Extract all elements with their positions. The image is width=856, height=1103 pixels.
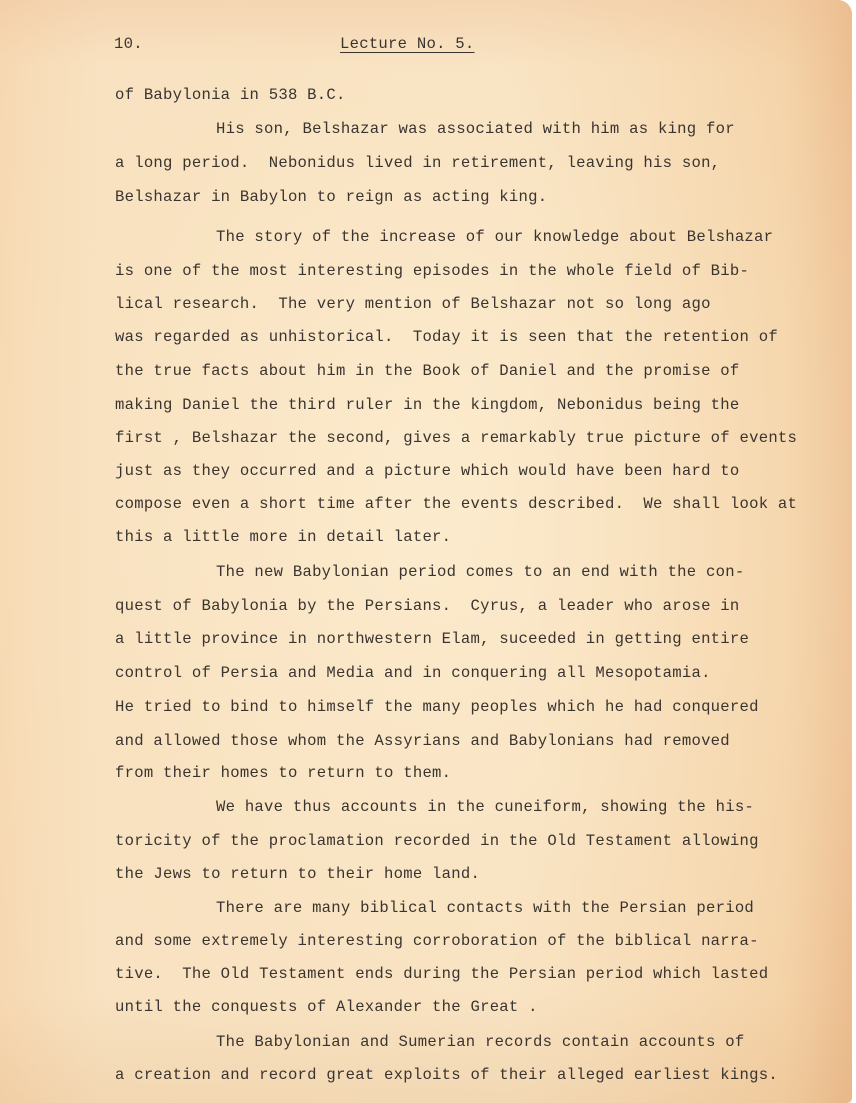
body-line: and some extremely interesting corrobora… <box>115 934 759 950</box>
body-line: of Babylonia in 538 B.C. <box>115 88 346 104</box>
body-line: a little province in northwestern Elam, … <box>115 632 749 648</box>
running-title: Lecture No. 5. <box>340 37 475 53</box>
body-line: compose even a short time after the even… <box>115 497 797 513</box>
body-line: a long period. Nebonidus lived in retire… <box>115 156 720 172</box>
body-line: just as they occurred and a picture whic… <box>115 464 740 480</box>
paragraph-first-line: The Babylonian and Sumerian records cont… <box>216 1035 744 1051</box>
body-line: lical research. The very mention of Bels… <box>115 297 711 313</box>
body-line: toricity of the proclamation recorded in… <box>115 834 759 850</box>
body-line: this a little more in detail later. <box>115 530 451 546</box>
paragraph-first-line: The new Babylonian period comes to an en… <box>216 565 744 581</box>
body-line: is one of the most interesting episodes … <box>115 264 749 280</box>
page-number: 10. <box>114 37 143 53</box>
paragraph-first-line: His son, Belshazar was associated with h… <box>216 122 735 138</box>
body-line: the Jews to return to their home land. <box>115 867 480 883</box>
body-line: control of Persia and Media and in conqu… <box>115 666 711 682</box>
body-line: from their homes to return to them. <box>115 766 451 782</box>
body-line: was regarded as unhistorical. Today it i… <box>115 330 778 346</box>
body-line: tive. The Old Testament ends during the … <box>115 967 768 983</box>
body-line: making Daniel the third ruler in the kin… <box>115 398 740 414</box>
body-line: first , Belshazar the second, gives a re… <box>115 431 797 447</box>
body-line: until the conquests of Alexander the Gre… <box>115 1000 538 1016</box>
body-line: quest of Babylonia by the Persians. Cyru… <box>115 599 740 615</box>
body-line: Belshazar in Babylon to reign as acting … <box>115 190 547 206</box>
paragraph-first-line: We have thus accounts in the cuneiform, … <box>216 800 754 816</box>
paragraph-first-line: There are many biblical contacts with th… <box>216 901 754 917</box>
paragraph-first-line: The story of the increase of our knowled… <box>216 230 773 246</box>
body-line: the true facts about him in the Book of … <box>115 364 740 380</box>
body-line: a creation and record great exploits of … <box>115 1068 778 1084</box>
body-line: He tried to bind to himself the many peo… <box>115 700 759 716</box>
body-line: and allowed those whom the Assyrians and… <box>115 734 730 750</box>
